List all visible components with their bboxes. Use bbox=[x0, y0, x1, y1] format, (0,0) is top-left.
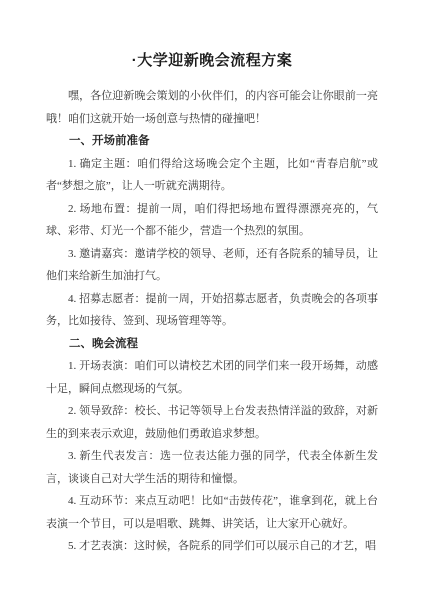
section-2-item-2: 2. 领导致辞：校长、书记等领导上台发表热情洋溢的致辞，对新生的到来表示欢迎，鼓… bbox=[46, 400, 378, 445]
section-2-heading: 二、晚会流程 bbox=[46, 333, 378, 356]
section-2-item-4: 4. 互动环节：来点互动吧！比如“击鼓传花”，谁拿到花，就上台表演一个节目，可以… bbox=[46, 490, 378, 535]
document-page: ·大学迎新晚会流程方案 嘿，各位迎新晚会策划的小伙伴们，的内容可能会让你眼前一亮… bbox=[0, 0, 424, 600]
section-1-heading: 一、开场前准备 bbox=[46, 130, 378, 153]
section-1-item-1: 1. 确定主题：咱们得给这场晚会定个主题，比如“青春启航”或者“梦想之旅”，让人… bbox=[46, 153, 378, 198]
section-1-item-4: 4. 招募志愿者：提前一周，开始招募志愿者，负责晚会的各项事务，比如接待、签到、… bbox=[46, 288, 378, 333]
section-1-item-3: 3. 邀请嘉宾：邀请学校的领导、老师，还有各院系的辅导员，让他们来给新生加油打气… bbox=[46, 243, 378, 288]
section-2-item-5: 5. 才艺表演：这时候，各院系的同学们可以展示自己的才艺，唱 bbox=[46, 535, 378, 558]
document-title: ·大学迎新晚会流程方案 bbox=[0, 0, 424, 72]
section-2-item-3: 3. 新生代表发言：选一位表达能力强的同学，代表全体新生发言，谈谈自己对大学生活… bbox=[46, 445, 378, 490]
intro-paragraph: 嘿，各位迎新晚会策划的小伙伴们，的内容可能会让你眼前一亮哦！咱们这就开始一场创意… bbox=[46, 85, 378, 130]
document-body: 嘿，各位迎新晚会策划的小伙伴们，的内容可能会让你眼前一亮哦！咱们这就开始一场创意… bbox=[46, 85, 378, 558]
section-2-item-1: 1. 开场表演：咱们可以请校艺术团的同学们来一段开场舞，动感十足，瞬间点燃现场的… bbox=[46, 355, 378, 400]
section-1-item-2: 2. 场地布置：提前一周，咱们得把场地布置得漂漂亮亮的，气球、彩带、灯光一个都不… bbox=[46, 198, 378, 243]
